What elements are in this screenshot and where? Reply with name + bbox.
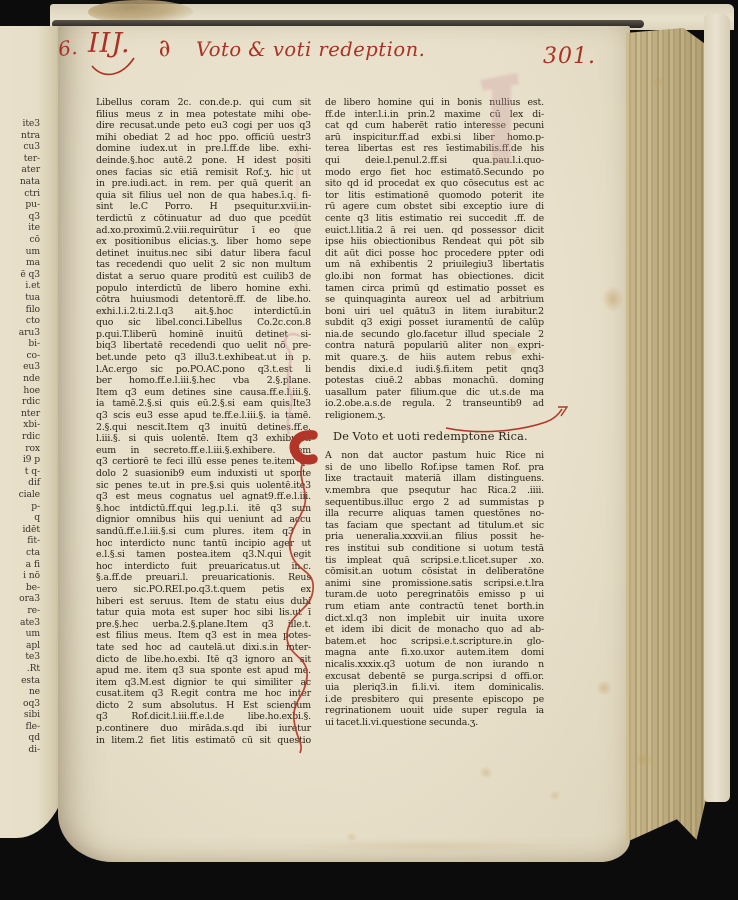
text-line: Libellus coram 2c. con.de.p. qui cum sit <box>96 97 311 109</box>
text-line: res institui sub conditione si uotum tes… <box>325 543 544 555</box>
text-line: A non dat auctor pastum huic Rice ni <box>325 450 544 462</box>
text-line: 2.§.qui nescit.Item q3 inuitū detines.ff… <box>96 422 311 434</box>
folio-number: 301. <box>543 44 596 69</box>
text-line: in litem.2 fiet litis estimatō cū sit qu… <box>96 735 311 747</box>
text-line: §.hoc intdictū.ff.qui leg.p.l.i. itē q3 … <box>96 503 311 515</box>
text-line: ora3 <box>2 593 40 605</box>
text-line: rum etiam ante contractū tenet borth.in <box>325 601 544 613</box>
text-line: di- <box>2 744 40 756</box>
text-line: cat qd cum haberēt ratio interesse pecun… <box>325 120 544 132</box>
text-line: pre.§.hec uerba.2.§.plane.Item q3 ille.t… <box>96 619 311 631</box>
text-line: p- <box>2 501 40 513</box>
text-line: .Rt <box>2 663 40 675</box>
text-line: mihi obediat 2 ad hoc ppo. officiū uestr… <box>96 132 311 144</box>
text-line: i.de presbitero qui presente episcopo pe <box>325 694 544 706</box>
text-line: hiberi est seruus. Item de statu eius du… <box>96 596 311 608</box>
text-line: um <box>2 246 40 258</box>
text-line: dit aūt dici posse hoc procedere ppter o… <box>325 248 544 260</box>
right-column-part1: de libero homine qui in bonis nullius es… <box>325 97 544 422</box>
text-line: e.l.§.si tamen postea.item q3.N.qui egit <box>96 549 311 561</box>
text-line: cōmisit.an uotum cōsistat in deliberatōn… <box>325 566 544 578</box>
text-line: arū inspicitur.ff.ad exbi.si liber homo.… <box>325 132 544 144</box>
text-line: detinet inuitus.nec sibi datur libera fa… <box>96 248 311 260</box>
text-line: cusat.item q3 R.egit contra me hoc inter <box>96 688 311 700</box>
text-line: ite3 <box>2 118 40 130</box>
text-line: nde <box>2 373 40 385</box>
text-line: populo interdictū de libero homine exhi. <box>96 283 311 295</box>
open-book: ite3ntracu3ter-aternatactripu-q3itecōumm… <box>0 0 738 900</box>
text-line: sito qd id procedat ex quo cōsecutus est… <box>325 178 544 190</box>
text-line: q3 est meus cognatus uel agnat9.ff.e.l.i… <box>96 491 311 503</box>
text-line: re- <box>2 605 40 617</box>
text-line: excusat debentē se purga.scripsi d offi.… <box>325 671 544 683</box>
text-line: fit- <box>2 535 40 547</box>
text-line: distat a seruo quare proditū est cuilib3… <box>96 271 311 283</box>
text-line: ne <box>2 686 40 698</box>
text-line: regrinationem uouit uide super regula ia <box>325 705 544 717</box>
text-line: uero sic.PO.REI.po.q3.t.quem petis ex <box>96 584 311 596</box>
text-line: ex positionibus elicias.ʒ. liber homo se… <box>96 236 311 248</box>
text-line: uasallum pater filium.que dic ut.s.de ma <box>325 387 544 399</box>
text-line: animi sine promissione.satis scripsi.e.t… <box>325 578 544 590</box>
text-line: ma <box>2 257 40 269</box>
text-line: batem.et hoc scripsi.e.t.scripture.in gl… <box>325 636 544 648</box>
text-line: oq3 <box>2 698 40 710</box>
fore-edge-pages <box>626 28 708 848</box>
text-line: ite <box>2 222 40 234</box>
text-line: ciale <box>2 489 40 501</box>
text-line: dolo 2 suasionib9 eum induxisti ut spont… <box>96 468 311 480</box>
text-line: i nō <box>2 570 40 582</box>
text-line: ter- <box>2 153 40 165</box>
text-line: dif <box>2 477 40 489</box>
text-line: rdic <box>2 396 40 408</box>
text-line: um <box>2 628 40 640</box>
text-line: ctri <box>2 188 40 200</box>
text-line: hoe <box>2 385 40 397</box>
text-line: idēt <box>2 524 40 536</box>
text-line: ntra <box>2 130 40 142</box>
text-line: rox <box>2 443 40 455</box>
text-line: io.2.obe.a.s.de regula. 2 transeuntib9 a… <box>325 398 544 410</box>
text-line: cente q3 litis estimatio rei succedit .f… <box>325 213 544 225</box>
text-line: terdictū z cōtinuatur ad duo que pcedūt <box>96 213 311 225</box>
text-line: euict.l.litia.2 ā rei uen. qd possessor … <box>325 225 544 237</box>
text-line: biq3 libertatē recedendi quo uelit nō pr… <box>96 340 311 352</box>
text-line: apl <box>2 640 40 652</box>
text-line: religionem.ʒ. <box>325 410 544 422</box>
text-line: a fi <box>2 559 40 571</box>
text-line: se quinquaginta aureox uel ad arbitrium <box>325 294 544 306</box>
text-line: sint le.C Porro. H psequitur.xvii.in- <box>96 201 311 213</box>
text-column-right: de libero homine qui in bonis nullius es… <box>325 97 544 728</box>
text-line: sequentibus.illuc ergo 2 ad summistas p <box>325 497 544 509</box>
text-line: Item q3 eum detines sine causa.ff.e.l.ii… <box>96 387 311 399</box>
text-line: cto <box>2 315 40 327</box>
text-line: qd <box>2 732 40 744</box>
text-line: tua <box>2 292 40 304</box>
text-column-left: Libellus coram 2c. con.de.p. qui cum sit… <box>96 97 311 746</box>
text-line: te3 <box>2 651 40 663</box>
text-line: ad.xo.proximū.2.viii.requirūtur ī eo que <box>96 225 311 237</box>
text-line: boni uiri uel quātu3 in litem iurabitur.… <box>325 306 544 318</box>
right-column-part2: A non dat auctor pastum huic Rice nisi d… <box>325 450 544 728</box>
text-line: sibi <box>2 709 40 721</box>
text-line: cta <box>2 547 40 559</box>
text-line: tas faciam que spectant ad titulum.et si… <box>325 520 544 532</box>
text-line: q3 Rof.dicit.l.iii.ff.e.l.de libe.ho.exb… <box>96 711 311 723</box>
text-line: ē q3 <box>2 269 40 281</box>
text-line: rū agere cum obstet sibi exceptio iure d… <box>325 201 544 213</box>
text-line: rdic <box>2 431 40 443</box>
text-line: eum in secreto.ff.e.l.iii.§.exhibere. It… <box>96 445 311 457</box>
text-line: ber homo.ff.e.l.iii.§.hec vba 2.§.plane. <box>96 375 311 387</box>
text-line: nia.de secundo glo.facetur illud special… <box>325 329 544 341</box>
text-line: in pre.iudi.act. in rem. per quā querit … <box>96 178 311 190</box>
text-line: nter <box>2 408 40 420</box>
facing-page-fragments: ite3ntracu3ter-aternatactripu-q3itecōumm… <box>2 118 40 756</box>
text-line: tas recedendi quo uelit 2 sic non multum <box>96 259 311 271</box>
text-line: turam.de uoto peregrinatōis emisso p ui <box>325 589 544 601</box>
text-line: lixe tractauit materiā illam distinguens… <box>325 473 544 485</box>
text-line: ui tacet.li.vi.questione secunda.ʒ. <box>325 717 544 729</box>
text-line: bendis dixi.e.d iudi.§.fi.item petit qnq… <box>325 364 544 376</box>
text-line: sandū.ff.e.l.iii.§.si cum plures. item q… <box>96 526 311 538</box>
text-line: t q- <box>2 466 40 478</box>
text-line: nicalis.xxxix.q3 uotum de non iurando n <box>325 659 544 671</box>
text-line: ones facias sic etiā remisit Rof.ʒ. hic … <box>96 167 311 179</box>
text-line: hoc interdicto nunc tantū incipio ager u… <box>96 538 311 550</box>
text-line: ipse hiis obiectionibus Rendeat qui pōt … <box>325 236 544 248</box>
text-line: q3 scis eu3 esse apud te.ff.e.l.iii.§. i… <box>96 410 311 422</box>
text-line: ate3 <box>2 617 40 629</box>
text-line: co- <box>2 350 40 362</box>
text-line: qui deie.l.penul.2.ff.si qua.pau.l.i.quo… <box>325 155 544 167</box>
text-line: tate sed hoc ad cautelā.ut dixi.s.in int… <box>96 642 311 654</box>
text-line: mit quare.ʒ. de hiis autem rebus exhi- <box>325 352 544 364</box>
quire-numeral: IIJ. <box>88 28 131 59</box>
text-line: tamen circa primū qd estimatio posset es <box>325 283 544 295</box>
text-line: potestas ciuē.2 abbas monachū. doming <box>325 375 544 387</box>
text-line: pria ueneralia.xxxvii.an filius possit h… <box>325 531 544 543</box>
text-line: p.continere duo mirāda.s.qd ibi iuretur <box>96 723 311 735</box>
text-line: q3 <box>2 211 40 223</box>
text-line: et idem ibi dicit de monacho quo ad ab- <box>325 624 544 636</box>
text-line: de libero homine qui in bonis nullius es… <box>325 97 544 109</box>
text-line: cu3 <box>2 141 40 153</box>
text-line: l.Ac.ergo sic po.PO.AC.pono q3.t.est li <box>96 364 311 376</box>
text-line: quia sit filius uel non de qua habes.ī.q… <box>96 190 311 202</box>
text-line: q3 certiorē te feci illū esse penes te.i… <box>96 456 311 468</box>
text-line: glo.ibi non format has obiectiones. dici… <box>325 271 544 283</box>
text-line: ater <box>2 164 40 176</box>
text-line: est filius meus. Item q3 est in mea pote… <box>96 630 311 642</box>
text-line: cōtra huiusmodi detentorē.ff. de libe.ho… <box>96 294 311 306</box>
text-line: aru3 <box>2 327 40 339</box>
text-line: dict.xl.q3 non implebit uir inuita uxore <box>325 613 544 625</box>
text-line: ia tamē.2.§.si quis eū.2.§.si eam quis.I… <box>96 398 311 410</box>
text-line: xbi- <box>2 419 40 431</box>
text-line: si de uno libello Rof.ipse tamen Rof. pr… <box>325 462 544 474</box>
text-line: pu- <box>2 199 40 211</box>
text-line: terea libertas est res īestimabilis.ff.d… <box>325 143 544 155</box>
text-line: tor litis estimationē quomodo poterit it… <box>325 190 544 202</box>
text-line: illa recurre aliquas tamen questōnes no- <box>325 508 544 520</box>
text-line: be- <box>2 582 40 594</box>
running-title: Voto & voti redeption. <box>196 38 425 61</box>
cover-edge <box>704 14 730 802</box>
text-line: modo ergo fiet hoc estimatō.Secundo po <box>325 167 544 179</box>
text-line: item q3.M.est dignior te qui similiter a… <box>96 677 311 689</box>
text-line: v.membra que psequtur hac Rica.2 .iiii. <box>325 485 544 497</box>
text-line: contra naturā populariū aliter non expri… <box>325 340 544 352</box>
text-line: i.et <box>2 280 40 292</box>
text-line: dicto 2 sum absolutus. H Est sciendum <box>96 700 311 712</box>
text-line: sic penes te.ut in pre.§.si quis uolentē… <box>96 480 311 492</box>
text-line: q <box>2 512 40 524</box>
text-line: tis impleat quā scripsi.e.t.licet.super … <box>325 555 544 567</box>
text-line: filius meus z in mea potestate mihi obe- <box>96 109 311 121</box>
text-line: filo <box>2 304 40 316</box>
section-heading: De Voto et uoti redemptōne Rica. <box>333 431 544 443</box>
text-line: l.iii.§. si quis uolentē. Item q3 exhibu… <box>96 433 311 445</box>
text-line: i9 p <box>2 454 40 466</box>
text-line: p.qui.T.liberū hominē inuitū detinet si- <box>96 329 311 341</box>
text-line: esta <box>2 675 40 687</box>
text-line: dire recusat.unde peto eu3 cogi per uos … <box>96 120 311 132</box>
text-line: §.a.ff.de preuari.l. preuaricationis. Re… <box>96 572 311 584</box>
text-line: dicto de libe.ho.exbi. Itē q3 ignoro an … <box>96 654 311 666</box>
text-line: uia pleriq3.in fi.li.vi. item dominicali… <box>325 682 544 694</box>
text-line: deinde.§.hoc autē.2 pone. H idest positi <box>96 155 311 167</box>
text-line: hoc interdicto fuit preuaricatus.ut in.c… <box>96 561 311 573</box>
text-line: subdit q3 exigi posset iuramentū de calū… <box>325 317 544 329</box>
text-line: magna ante fi.xo.uxor autem.item domi <box>325 647 544 659</box>
text-line: bet.unde peto q3 illu3.t.exhibeat.ut in … <box>96 352 311 364</box>
text-line: domine iudex.ut in pre.l.ff.de libe. exh… <box>96 143 311 155</box>
text-line: apud me. item q3 sua sponte est apud me. <box>96 665 311 677</box>
folio-signature: 6. <box>56 35 78 61</box>
text-line: um nā exhibentis 2 priuilegiu3 libertati… <box>325 259 544 271</box>
text-line: ff.de inter.l.i.in prin.2 maxime cū lex … <box>325 109 544 121</box>
text-line: cō <box>2 234 40 246</box>
text-line: eu3 <box>2 361 40 373</box>
text-line: tatur quia mota est super hoc sibi lis.u… <box>96 607 311 619</box>
text-line: quo sic libel.conci.Libellus Co.2c.con.8 <box>96 317 311 329</box>
text-line: fle- <box>2 721 40 733</box>
text-line: nata <box>2 176 40 188</box>
text-line: dignior omnibus hiis qui ueniunt ad accu <box>96 514 311 526</box>
text-line: exhi.l.i.2.ti.2.l.q3 ait.§.hoc interdict… <box>96 306 311 318</box>
text-line: bi- <box>2 338 40 350</box>
